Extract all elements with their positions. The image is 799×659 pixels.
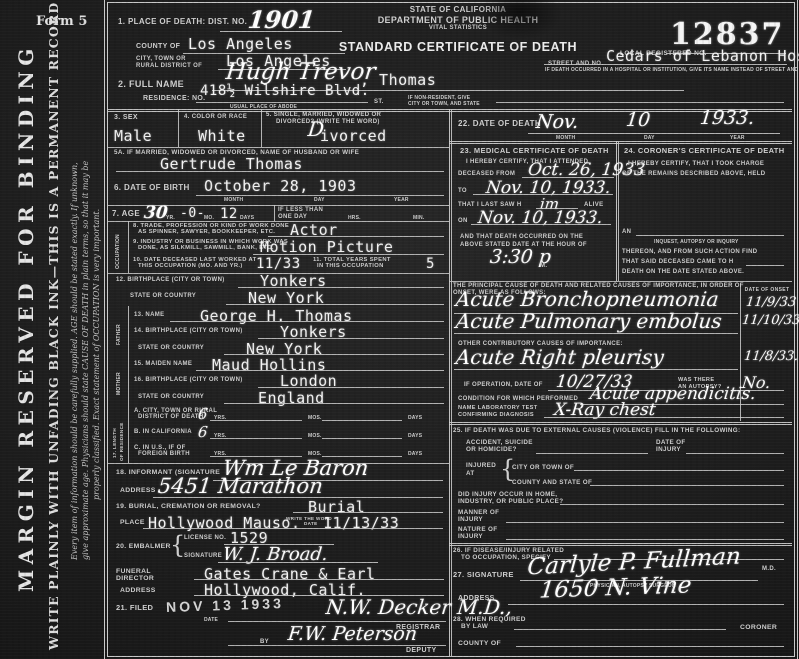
burial-label: 19. BURIAL, CREMATION OR REMOVAL?: [116, 503, 261, 511]
race-value: White: [198, 127, 246, 145]
mother-birthplace-label: 16. BIRTHPLACE (CITY OR TOWN): [134, 377, 243, 384]
coroner-line-1: I HEREBY CERTIFY, THAT I TOOK CHARGE: [628, 161, 764, 168]
section-divider: [449, 141, 792, 144]
rule: [210, 438, 302, 439]
margin-permanent-record-text: WRITE PLAINLY WITH UNFADING BLACK INK—TH…: [46, 2, 61, 650]
coroner-line-4: THAT SAID DECEASED CAME TO H: [622, 259, 734, 266]
hour-m-label: M.: [540, 263, 547, 270]
dob-value: October 28, 1903: [204, 177, 357, 195]
trade-label-2: AS SPINNER, SAWYER, BOOKKEEPER, ETC.: [138, 229, 275, 236]
margin-binding-text: MARGIN RESERVED FOR BINDING: [14, 43, 38, 592]
residence-b-days-label: DAYS: [408, 433, 422, 439]
full-name-script: Hugh Trevor: [225, 59, 377, 85]
rule: [536, 453, 648, 454]
coroner-line-2: OF THE REMAINS DESCRIBED ABOVE, HELD: [622, 171, 765, 178]
residence-b-label: B. IN CALIFORNIA: [134, 429, 192, 436]
when-required-label-2: BY LAW: [461, 623, 488, 631]
death-year-value: 1933.: [699, 107, 756, 129]
rule: [508, 604, 784, 605]
rule: [544, 417, 784, 418]
death-day-value: 10: [625, 109, 651, 131]
date-of-injury-label-2: INJURY: [656, 446, 681, 454]
date-of-onset-label: DATE OF ONSET: [744, 287, 790, 293]
rule: [196, 370, 444, 371]
rule: [528, 133, 780, 134]
side-strip-divider: [128, 221, 129, 273]
rule: [506, 522, 784, 523]
full-name-typed: , Thomas: [360, 71, 436, 89]
residence-c-label-2: FOREIGN BIRTH: [138, 451, 190, 458]
father-state-label: STATE OR COUNTRY: [138, 345, 204, 352]
dob-year-label: YEAR: [394, 197, 409, 203]
rule: [228, 621, 446, 622]
rule: [574, 470, 784, 471]
last-worked-label-2: THIS OCCUPATION (MO. AND YR.): [138, 263, 243, 270]
cell-divider: [274, 205, 275, 221]
father-birthplace-label: 14. BIRTHPLACE (CITY OR TOWN): [134, 328, 243, 335]
rule: [746, 265, 784, 266]
total-years-label-2: IN THIS OCCUPATION: [317, 263, 384, 270]
autopsy-label-1: WAS THERE: [678, 377, 714, 384]
embalmer-signature-label: SIGNATURE: [184, 553, 222, 560]
contributory-value: Acute Right pleurisy: [455, 345, 665, 369]
age-months-value: -0-: [180, 206, 205, 221]
coroner-line-5: DEATH ON THE DATE STATED ABOVE.: [622, 269, 744, 276]
state-line-3: VITAL STATISTICS: [338, 25, 578, 32]
embalmer-brace: {: [170, 531, 185, 559]
rule: [496, 102, 784, 103]
rule: [322, 420, 402, 421]
coroner-cert-title: 24. CORONER'S CERTIFICATE OF DEATH: [624, 146, 785, 155]
physician-address-value: 1650 N. Vine: [538, 572, 693, 603]
row-divider: [108, 221, 449, 222]
father-side-label: FATHER: [116, 324, 122, 345]
rule: [454, 333, 738, 334]
residence-a-value: 6: [197, 405, 208, 423]
residence-a-mos-label: MOS.: [308, 415, 322, 421]
rule: [258, 387, 444, 388]
rule: [228, 645, 446, 646]
dob-month-label: MONTH: [224, 197, 243, 203]
rule: [218, 562, 378, 563]
medical-cert-title: 23. MEDICAL CERTIFICATE OF DEATH: [460, 146, 609, 155]
operation-label: IF OPERATION, DATE OF: [464, 382, 543, 389]
last-worked-value: 11/33: [256, 256, 301, 272]
external-causes-title: 25. IF DEATH WAS DUE TO EXTERNAL CAUSES …: [453, 427, 740, 435]
rule: [514, 629, 726, 630]
total-years-value: 5: [426, 256, 435, 272]
race-label: 4. COLOR OR RACE: [184, 114, 247, 121]
rule: [293, 512, 443, 513]
rule: [226, 304, 444, 305]
rule: [196, 195, 444, 196]
residence-length-side-label-1: 17. LENGTH: [112, 428, 118, 458]
form-number: Form 5: [36, 14, 87, 29]
column-divider: [449, 109, 452, 656]
section-divider: [449, 422, 792, 425]
cause-1-value: Acute Bronchopneumonia: [455, 287, 720, 311]
certificate-title: STANDARD CERTIFICATE OF DEATH: [336, 40, 580, 55]
rule: [560, 504, 784, 505]
marital-typed: ivorced: [320, 127, 387, 145]
cause-2-value: Acute Pulmonary embolus: [455, 309, 723, 333]
state-line-2: DEPARTMENT OF PUBLIC HEALTH: [338, 15, 578, 26]
informant-address-label: ADDRESS: [120, 487, 156, 495]
mother-side-label: MOTHER: [116, 372, 122, 395]
embalmer-label: 20. EMBALMER: [116, 543, 171, 551]
injury-county-label: COUNTY AND STATE OF: [512, 479, 592, 487]
margin-note-3: properly classified. Exact statement of …: [92, 209, 101, 500]
death-month-value: Nov.: [535, 111, 580, 133]
filed-date-label: DATE: [204, 617, 218, 623]
lab-label-2: CONFIRMING DIAGNOSIS: [458, 412, 534, 419]
certificate-body: 1. Place of Death: Dist. No. 1901 STATE …: [107, 2, 795, 657]
cause-2-onset-date: 11/10/33.: [741, 313, 799, 328]
nonresident-note-2: CITY OR TOWN, AND STATE: [408, 101, 480, 107]
filed-date-stamp: NOV 13 1933: [166, 595, 284, 615]
residence-c-days-label: DAYS: [408, 451, 422, 457]
row-divider: [449, 281, 792, 282]
residence-a-days-label: DAYS: [408, 415, 422, 421]
last-seen-date: Nov. 10, 1933.: [477, 208, 604, 228]
deputy-label: DEPUTY: [406, 647, 437, 655]
death-occurred-label-1: AND THAT DEATH OCCURRED ON THE: [460, 234, 583, 241]
rule: [471, 224, 611, 225]
coroner-label: CORONER: [740, 624, 777, 632]
burial-date-label: DATE: [304, 521, 318, 527]
sex-label: 3. SEX: [114, 114, 138, 122]
street-note: IF DEATH OCCURRED IN A HOSPITAL OR INSTI…: [545, 67, 799, 73]
rule: [322, 438, 402, 439]
manner-label-2: INJURY: [458, 516, 483, 524]
state-line-1: STATE OF CALIFORNIA: [338, 5, 578, 15]
injured-label-2: AT: [466, 470, 475, 478]
birthplace-state-label: STATE OR COUNTRY: [130, 293, 196, 300]
injury-home-label-2: INDUSTRY, OR PUBLIC PLACE?: [458, 498, 563, 506]
residence-a-label-2: DISTRICT OF DEATH: [138, 414, 204, 421]
rule: [544, 64, 787, 65]
age-days-value: 12: [220, 206, 238, 222]
mother-state-label: STATE OR COUNTRY: [138, 394, 204, 401]
burial-place-value: Hollywood Mauso.: [148, 514, 301, 532]
industry-label-2: DONE, AS SILKMILL, SAWMILL, BANK, ETC.: [138, 245, 274, 252]
birthplace-label: 12. BIRTHPLACE (CITY OR TOWN): [116, 277, 225, 284]
rule: [196, 102, 368, 103]
license-label: LICENSE NO.: [184, 535, 226, 542]
coroner-line-3: THEREON, AND FROM SUCH ACTION FIND: [622, 249, 757, 256]
county-of-label: COUNTY OF: [458, 640, 501, 648]
rule: [116, 171, 444, 172]
county-label: COUNTY OF: [136, 43, 180, 51]
residence-length-side-label-2: OF RESIDENCE: [119, 422, 125, 461]
accident-label-2: OR HOMICIDE?: [466, 446, 517, 454]
district-number-value: 1901: [246, 5, 316, 34]
residence-value: 418½ Wilshire Blvd.: [200, 83, 370, 99]
informant-address-value: 5451 Marathon: [157, 474, 324, 498]
funeral-address-label: ADDRESS: [120, 587, 156, 595]
sex-value: Male: [114, 127, 152, 145]
rule: [258, 338, 444, 339]
md-label: M.D.: [762, 566, 776, 573]
lab-label-1: NAME LABORATORY TEST: [458, 405, 538, 412]
rule: [194, 579, 444, 580]
age-label: 7. AGE: [112, 209, 140, 219]
contributory-onset-date: 11/8/33.: [743, 349, 799, 364]
place-of-death-label: 1. Place of Death: Dist. No.: [118, 17, 247, 27]
burial-place-label: PLACE: [120, 519, 145, 527]
physician-address-label: ADDRESS: [458, 595, 495, 603]
nature-label-2: INJURY: [458, 533, 483, 541]
rule: [224, 403, 444, 404]
st-label: ST.: [374, 99, 384, 106]
rule: [268, 236, 444, 237]
rule: [506, 539, 784, 540]
rule: [224, 354, 444, 355]
residence-b-value: 6: [197, 423, 208, 441]
age-years-value: 30: [143, 203, 169, 223]
state-header: STATE OF CALIFORNIA DEPARTMENT OF PUBLIC…: [338, 5, 578, 33]
rule: [170, 321, 444, 322]
side-strip-divider: [128, 306, 129, 355]
injury-city-label: CITY OR TOWN OF: [512, 464, 574, 472]
marital-label-2: DIVORCED? (WRITE THE WORD): [276, 119, 380, 126]
dob-label: 6. DATE OF BIRTH: [114, 183, 190, 193]
rule: [454, 369, 738, 370]
rule: [238, 287, 444, 288]
rule: [253, 254, 444, 255]
date-of-death-label: 22. DATE OF DEATH: [458, 119, 541, 129]
death-certificate-scan: Form 5 MARGIN RESERVED FOR BINDING WRITE…: [0, 0, 799, 659]
city-label-2: RURAL DISTRICT OF: [136, 63, 202, 70]
filed-label: 21. FILED: [116, 603, 153, 612]
full-name-label: 2. FULL NAME: [118, 79, 184, 90]
an-label: AN: [622, 229, 631, 236]
side-strip-divider: [128, 404, 129, 463]
cell-divider: [178, 109, 179, 147]
residence-b-mos-label: MOS.: [308, 433, 322, 439]
rule: [636, 235, 784, 236]
deputy-signature: F.W. Peterson: [287, 623, 418, 645]
rule: [153, 497, 443, 498]
margin-note-2: give approximate age. Physicians should …: [81, 161, 90, 560]
physician-signature-label: 27. SIGNATURE: [453, 570, 514, 579]
inquest-note: INQUEST, AUTOPSY OR INQUIRY: [654, 239, 739, 245]
rule: [143, 528, 443, 529]
funeral-director-label-2: DIRECTOR: [116, 575, 154, 583]
rule: [590, 485, 784, 486]
father-name-label: 13. NAME: [134, 312, 164, 319]
occupation-side-label: OCCUPATION: [115, 234, 121, 269]
injured-label-1: INJURED: [466, 462, 496, 470]
cause-1-onset-date: 11/9/33: [745, 295, 797, 310]
rule: [686, 453, 784, 454]
cell-divider: [261, 109, 262, 147]
county-value: Los Angeles: [188, 35, 293, 53]
burial-date-value: 11/13/33: [323, 514, 399, 532]
margin-note-1: Every item of information should be care…: [70, 162, 79, 560]
rule: [516, 646, 784, 647]
mother-state-value: England: [258, 389, 325, 407]
side-strip-divider: [128, 355, 129, 404]
rule: [220, 31, 342, 32]
rule: [210, 420, 302, 421]
mother-maiden-label: 15. MAIDEN NAME: [134, 361, 192, 368]
to-label: TO: [458, 188, 467, 195]
row-divider: [108, 147, 449, 148]
on-label: ON: [458, 218, 468, 225]
street-value: Cedars of Lebanon Hosp.: [606, 47, 799, 65]
dob-day-label: DAY: [314, 197, 325, 203]
